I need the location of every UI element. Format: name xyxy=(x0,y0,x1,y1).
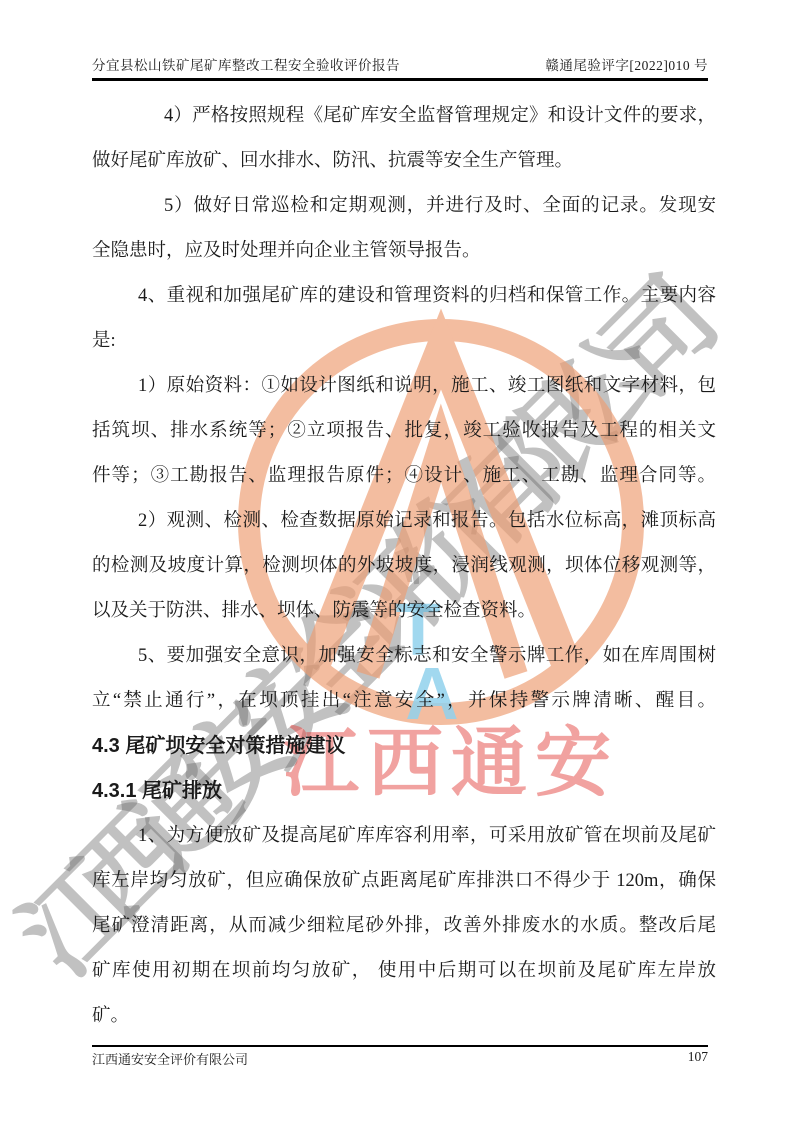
text-line: 尾矿澄清距离，从而减少细粒尾砂外排，改善外排废水的水质。整改后尾 xyxy=(92,904,716,949)
section-heading: 4.3.1 尾矿排放 xyxy=(92,769,716,814)
text-line: 矿。 xyxy=(92,994,716,1039)
text-line: 5）做好日常巡检和定期观测，并进行及时、全面的记录。发现安 xyxy=(92,184,716,229)
text-line: 是: xyxy=(92,319,716,364)
text-line: 件等；③工勘报告、监理报告原件；④设计、施工、工勘、监理合同等。 xyxy=(92,454,716,499)
document-page: 分宜县松山铁矿尾矿库整改工程安全验收评价报告 赣通尾验评字[2022]010 号… xyxy=(0,0,800,1131)
text-line: 立“禁止通行”，在坝顶挂出“注意安全”，并保持警示牌清晰、醒目。 xyxy=(92,679,716,724)
page-header: 分宜县松山铁矿尾矿库整改工程安全验收评价报告 赣通尾验评字[2022]010 号 xyxy=(92,54,708,74)
header-rule xyxy=(92,78,708,81)
text-line: 1）原始资料：①如设计图纸和说明，施工、竣工图纸和文字材料，包 xyxy=(92,364,716,409)
footer-rule xyxy=(92,1045,708,1047)
text-line: 矿库使用初期在坝前均匀放矿， 使用中后期可以在坝前及尾矿库左岸放 xyxy=(92,949,716,994)
page-footer: 江西通安安全评价有限公司 107 xyxy=(92,1049,708,1068)
document-body: 4）严格按照规程《尾矿库安全监督管理规定》和设计文件的要求，做好尾矿库放矿、回水… xyxy=(92,94,716,1039)
doc-number: 赣通尾验评字[2022]010 号 xyxy=(545,54,708,74)
text-line: 5、要加强安全意识，加强安全标志和安全警示牌工作，如在库周围树 xyxy=(92,634,716,679)
text-line: 4）严格按照规程《尾矿库安全监督管理规定》和设计文件的要求， xyxy=(92,94,716,139)
section-heading: 4.3 尾矿坝安全对策措施建议 xyxy=(92,724,716,769)
page-number: 107 xyxy=(688,1049,708,1065)
text-line: 括筑坝、排水系统等；②立项报告、批复，竣工验收报告及工程的相关文 xyxy=(92,409,716,454)
text-line: 2）观测、检测、检查数据原始记录和报告。包括水位标高，滩顶标高 xyxy=(92,499,716,544)
report-title: 分宜县松山铁矿尾矿库整改工程安全验收评价报告 xyxy=(92,54,400,74)
text-line: 以及关于防洪、排水、坝体、防震等的安全检查资料。 xyxy=(92,589,716,634)
text-line: 做好尾矿库放矿、回水排水、防汛、抗震等安全生产管理。 xyxy=(92,139,716,184)
text-line: 4、重视和加强尾矿库的建设和管理资料的归档和保管工作。主要内容 xyxy=(92,274,716,319)
text-line: 库左岸均匀放矿，但应确保放矿点距离尾矿库排洪口不得少于 120m，确保 xyxy=(92,859,716,904)
footer-company: 江西通安安全评价有限公司 xyxy=(92,1049,248,1068)
text-line: 的检测及坡度计算，检测坝体的外坡坡度，浸润线观测，坝体位移观测等， xyxy=(92,544,716,589)
text-line: 1、为方便放矿及提高尾矿库库容利用率，可采用放矿管在坝前及尾矿 xyxy=(92,814,716,859)
text-line: 全隐患时，应及时处理并向企业主管领导报告。 xyxy=(92,229,716,274)
